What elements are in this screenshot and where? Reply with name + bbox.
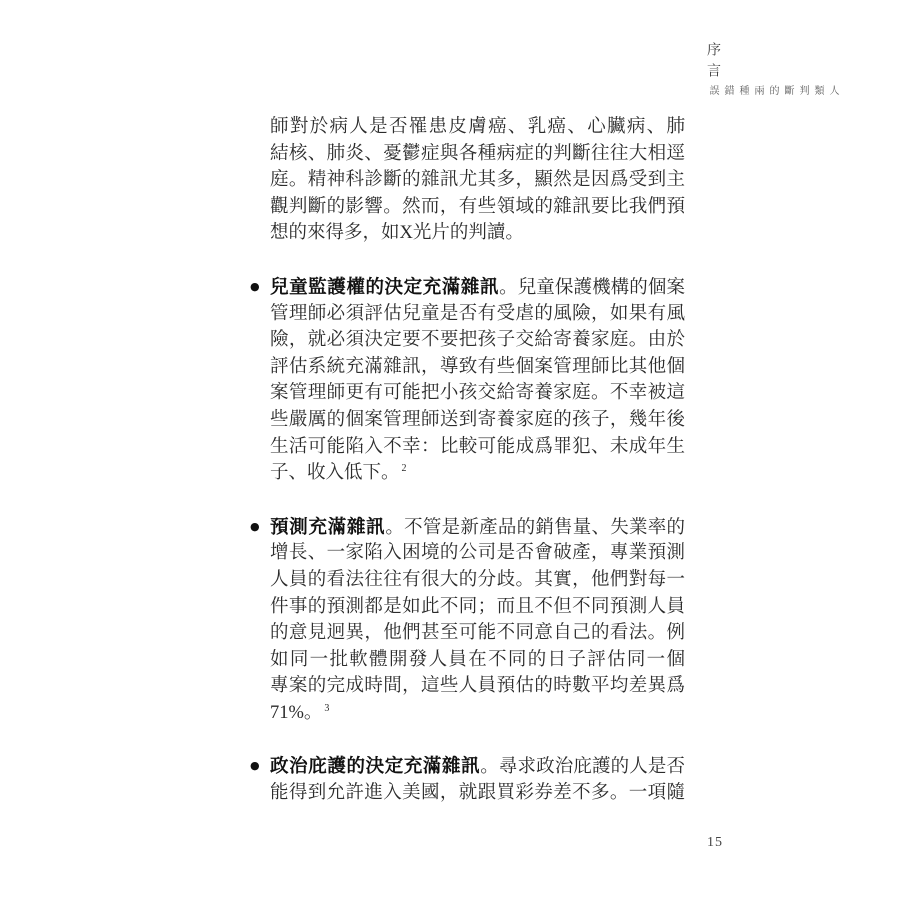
bullet-first-line: 預測充滿雜訊。不管是新產品的銷售量、失業率的 [270, 514, 685, 541]
bullet-head: 政治庇護的決定充滿雜訊 [270, 755, 480, 776]
text-line: 專案的完成時間，這些人員預估的時數平均差異爲 [270, 673, 685, 700]
bullet-item-child-custody: ● 兒童監護權的決定充滿雜訊。兒童保護機構的個案 管理師必須評估兒童是否有受虐的… [270, 274, 685, 487]
bullet-marker-icon: ● [250, 753, 266, 780]
bullet-marker-icon: ● [250, 514, 266, 541]
text-line: 險，就必須決定要不要把孩子交給寄養家庭。由於 [270, 327, 685, 354]
footnote-ref-3: 3 [324, 703, 329, 714]
bullet-head-separator: 。 [385, 518, 404, 538]
text-line: 想的來得多，如X光片的判讀。 [270, 220, 685, 247]
text-line: 件事的預測都是如此不同；而且不但不同預測人員 [270, 594, 685, 621]
text-line: 人員的看法往往有很大的分歧。其實，他們對每一 [270, 567, 685, 594]
text-line: 如同一批軟體開發人員在不同的日子評估同一個 [270, 647, 685, 674]
page-number: 15 [707, 835, 723, 851]
bullet-head-separator: 。 [499, 278, 518, 298]
bullet-first-line: 兒童監護權的決定充滿雜訊。兒童保護機構的個案 [270, 274, 685, 301]
text-line: 生活可能陷入不幸：比較可能成爲罪犯、未成年生 [270, 434, 685, 461]
text-line: 的意見迥異，他們甚至可能不同意自己的看法。例 [270, 620, 685, 647]
bullet-first-line: 政治庇護的決定充滿雜訊。尋求政治庇護的人是否 [270, 753, 685, 780]
text-line: 案管理師更有可能把小孩交給寄養家庭。不幸被這 [270, 380, 685, 407]
bullet-last-line: 子、收入低下。2 [270, 460, 685, 487]
text-line: 管理師必須評估兒童是否有受虐的風險，如果有風 [270, 301, 685, 328]
bullet-head: 預測充滿雜訊 [270, 516, 385, 537]
text-block: 師對於病人是否罹患皮膚癌、乳癌、心臟病、肺結核、肺炎、憂鬱症與各種病症的判斷往往… [270, 114, 685, 807]
opening-paragraph: 師對於病人是否罹患皮膚癌、乳癌、心臟病、肺結核、肺炎、憂鬱症與各種病症的判斷往往… [270, 114, 685, 247]
bullet-head-separator: 。 [480, 757, 499, 777]
bullet-head: 兒童監護權的決定充滿雜訊 [270, 276, 499, 297]
text-line: 師對於病人是否罹患皮膚癌、乳癌、心臟病、肺 [270, 114, 685, 141]
text-line: 庭。精神科診斷的雜訊尤其多，顯然是因爲受到主 [270, 167, 685, 194]
text-line: 評估系統充滿雜訊，導致有些個案管理師比其他個 [270, 354, 685, 381]
text-line: 結核、肺炎、憂鬱症與各種病症的判斷往往大相逕 [270, 141, 685, 168]
text-line: 增長、一家陷入困境的公司是否會破產，專業預測 [270, 540, 685, 567]
text-line: 觀判斷的影響。然而，有些領域的雜訊要比我們預 [270, 194, 685, 221]
bullet-item-asylum: ● 政治庇護的決定充滿雜訊。尋求政治庇護的人是否 能得到允許進入美國，就跟買彩券… [270, 753, 685, 806]
bullet-item-forecasts: ● 預測充滿雜訊。不管是新產品的銷售量、失業率的 增長、一家陷入困境的公司是否會… [270, 514, 685, 727]
margin-header: 序言 人類判斷的兩種錯誤 [702, 42, 722, 84]
bullet-marker-icon: ● [250, 274, 266, 301]
book-page: 序言 人類判斷的兩種錯誤 師對於病人是否罹患皮膚癌、乳癌、心臟病、肺結核、肺炎、… [0, 0, 900, 900]
chapter-label: 序言 [702, 42, 722, 84]
text-line: 些嚴厲的個案管理師送到寄養家庭的孩子，幾年後 [270, 407, 685, 434]
text-line: 能得到允許進入美國，就跟買彩券差不多。一項隨 [270, 780, 685, 807]
bullet-first-line-rest: 不管是新產品的銷售量、失業率的 [404, 518, 685, 538]
footnote-ref-2: 2 [402, 463, 407, 474]
chapter-title: 人類判斷的兩種錯誤 [705, 85, 840, 97]
bullet-first-line-rest: 尋求政治庇護的人是否 [499, 757, 685, 777]
bullet-first-line-rest: 兒童保護機構的個案 [518, 278, 685, 298]
bullet-last-line: 71%。3 [270, 700, 685, 727]
